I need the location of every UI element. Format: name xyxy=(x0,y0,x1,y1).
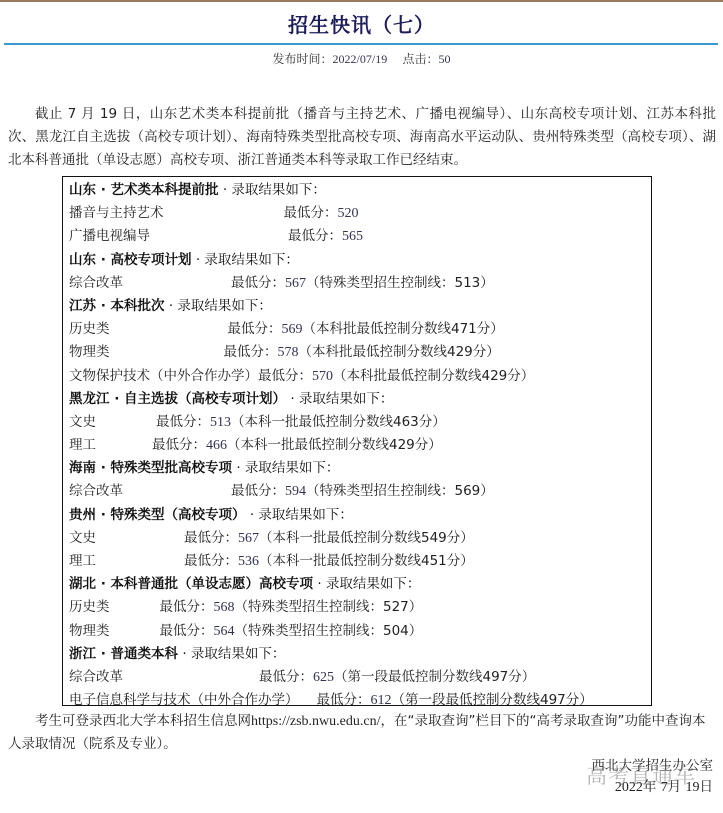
section-tail: · 录取结果如下： xyxy=(232,460,339,476)
min-score-value: 612 xyxy=(371,693,392,708)
major-label: 综合改革 xyxy=(69,666,123,689)
section-tail: · 录取结果如下： xyxy=(192,252,299,268)
control-line-note: （第一段最低控制分数线497分） xyxy=(392,692,593,708)
min-score-value: 565 xyxy=(342,229,363,244)
intro-paragraph: 截止 7 月 19 日，山东艺术类本科提前批（播音与主持艺术、广播电视编导）、山… xyxy=(8,103,716,172)
control-line-note: （本科一批最低控制分数线429分） xyxy=(227,437,442,453)
result-section-heading: 湖北 · 本科普通批（单设志愿）高校专项 · 录取结果如下： xyxy=(69,573,651,596)
result-row: 综合改革最低分：625（第一段最低控制分数线497分） xyxy=(69,666,651,689)
section-title: 贵州 · 特殊类型（高校专项） xyxy=(69,507,246,523)
section-tail: · 录取结果如下： xyxy=(219,182,326,198)
min-score-label: 最低分： xyxy=(156,414,210,430)
section-title: 黑龙江 · 自主选拔（高校专项计划） xyxy=(69,391,286,407)
result-row: 文物保护技术（中外合作办学）最低分：570（本科批最低控制分数线429分） xyxy=(69,365,651,388)
result-row: 文史最低分：513（本科一批最低控制分数线463分） xyxy=(69,411,651,434)
section-tail: · 录取结果如下： xyxy=(313,576,420,592)
min-score-label: 最低分： xyxy=(160,623,214,639)
major-label: 综合改革 xyxy=(69,480,123,503)
major-label: 广播电视编导 xyxy=(69,225,150,248)
result-row: 文史最低分：567（本科一批最低控制分数线549分） xyxy=(69,527,651,550)
section-tail: · 录取结果如下： xyxy=(286,391,393,407)
min-score-value: 536 xyxy=(238,554,259,569)
section-title: 山东 · 高校专项计划 xyxy=(69,252,192,268)
major-label: 理工 xyxy=(69,550,96,573)
major-label: 文物保护技术（中外合作办学） xyxy=(69,365,258,388)
result-row: 电子信息科学与技术（中外合作办学）最低分：612（第一段最低控制分数线497分） xyxy=(69,689,651,712)
control-line-note: （本科批最低控制分数线429分） xyxy=(333,368,534,384)
min-score-value: 625 xyxy=(313,670,334,685)
result-section-heading: 贵州 · 特殊类型（高校专项） · 录取结果如下： xyxy=(69,504,651,527)
admission-site-link[interactable]: https://zsb.nwu.edu.cn/ xyxy=(251,714,381,729)
min-score-label: 最低分： xyxy=(224,344,278,360)
major-label: 电子信息科学与技术（中外合作办学） xyxy=(69,689,299,712)
major-label: 历史类 xyxy=(69,318,110,341)
control-line-note: （特殊类型招生控制线：527） xyxy=(235,599,423,615)
section-title: 海南 · 特殊类型批高校专项 xyxy=(69,460,232,476)
min-score-label: 最低分： xyxy=(231,483,285,499)
section-title: 山东 · 艺术类本科提前批 xyxy=(69,182,219,198)
min-score-value: 569 xyxy=(282,322,303,337)
min-score-label: 最低分： xyxy=(288,228,342,244)
control-line-note: （本科一批最低控制分数线451分） xyxy=(259,553,474,569)
result-section-heading: 山东 · 高校专项计划 · 录取结果如下： xyxy=(69,249,651,272)
major-label: 播音与主持艺术 xyxy=(69,202,164,225)
major-label: 历史类 xyxy=(69,596,110,619)
result-row: 理工最低分：466（本科一批最低控制分数线429分） xyxy=(69,434,651,457)
result-section-heading: 黑龙江 · 自主选拔（高校专项计划） · 录取结果如下： xyxy=(69,388,651,411)
title-divider xyxy=(4,43,718,45)
control-line-note: （本科一批最低控制分数线549分） xyxy=(259,530,474,546)
min-score-label: 最低分： xyxy=(184,553,238,569)
control-line-note: （特殊类型招生控制线：504） xyxy=(235,623,423,639)
min-score-value: 594 xyxy=(285,484,306,499)
section-tail: · 录取结果如下： xyxy=(178,646,285,662)
control-line-note: （本科一批最低控制分数线463分） xyxy=(231,414,446,430)
min-score-value: 568 xyxy=(214,600,235,615)
min-score-label: 最低分： xyxy=(228,321,282,337)
result-row: 广播电视编导最低分：565 xyxy=(69,225,651,248)
section-title: 湖北 · 本科普通批（单设志愿）高校专项 xyxy=(69,576,313,592)
major-label: 文史 xyxy=(69,527,96,550)
min-score-label: 最低分： xyxy=(258,368,312,384)
min-score-label: 最低分： xyxy=(259,669,313,685)
result-row: 历史类最低分：568（特殊类型招生控制线：527） xyxy=(69,596,651,619)
min-score-value: 520 xyxy=(338,206,359,221)
min-score-label: 最低分： xyxy=(160,599,214,615)
signature-block: 西北大学招生办公室 2022年 7月 19日 xyxy=(592,756,714,798)
result-section-heading: 浙江 · 普通类本科 · 录取结果如下： xyxy=(69,643,651,666)
article-meta: 发布时间：2022/07/19 点击：50 xyxy=(0,50,723,67)
control-line-note: （本科批最低控制分数线429分） xyxy=(299,344,500,360)
section-tail: · 录取结果如下： xyxy=(246,507,353,523)
result-row: 综合改革最低分：594（特殊类型招生控制线：569） xyxy=(69,480,651,503)
result-section-heading: 江苏 · 本科批次 · 录取结果如下： xyxy=(69,295,651,318)
min-score-value: 567 xyxy=(238,531,259,546)
footer-paragraph: 考生可登录西北大学本科招生信息网https://zsb.nwu.edu.cn/，… xyxy=(8,710,716,756)
click-count: 50 xyxy=(438,52,450,66)
footer-text-before: 考生可登录西北大学本科招生信息网 xyxy=(35,713,251,729)
min-score-label: 最低分： xyxy=(317,692,371,708)
result-row: 物理类最低分：578（本科批最低控制分数线429分） xyxy=(69,341,651,364)
clicks-label: 点击： xyxy=(402,52,438,66)
min-score-label: 最低分： xyxy=(231,275,285,291)
result-section-heading: 海南 · 特殊类型批高校专项 · 录取结果如下： xyxy=(69,457,651,480)
result-row: 综合改革最低分：567（特殊类型招生控制线：513） xyxy=(69,272,651,295)
admission-results-box: 山东 · 艺术类本科提前批 · 录取结果如下：播音与主持艺术最低分：520广播电… xyxy=(62,176,652,706)
major-label: 文史 xyxy=(69,411,96,434)
section-title: 江苏 · 本科批次 xyxy=(69,298,165,314)
major-label: 综合改革 xyxy=(69,272,123,295)
signature-date: 2022年 7月 19日 xyxy=(592,777,714,798)
min-score-value: 466 xyxy=(206,438,227,453)
control-line-note: （特殊类型招生控制线：569） xyxy=(306,483,494,499)
section-title: 浙江 · 普通类本科 xyxy=(69,646,178,662)
result-row: 理工最低分：536（本科一批最低控制分数线451分） xyxy=(69,550,651,573)
major-label: 物理类 xyxy=(69,620,110,643)
min-score-label: 最低分： xyxy=(152,437,206,453)
min-score-label: 最低分： xyxy=(184,530,238,546)
result-row: 物理类最低分：564（特殊类型招生控制线：504） xyxy=(69,620,651,643)
control-line-note: （本科批最低控制分数线471分） xyxy=(303,321,504,337)
control-line-note: （特殊类型招生控制线：513） xyxy=(306,275,494,291)
min-score-value: 564 xyxy=(214,624,235,639)
published-date: 2022/07/19 xyxy=(333,52,388,66)
top-border xyxy=(0,0,723,2)
signature-org: 西北大学招生办公室 xyxy=(592,756,714,777)
control-line-note: （第一段最低控制分数线497分） xyxy=(334,669,535,685)
min-score-value: 578 xyxy=(278,345,299,360)
result-row: 播音与主持艺术最低分：520 xyxy=(69,202,651,225)
min-score-value: 570 xyxy=(312,369,333,384)
published-label: 发布时间： xyxy=(273,52,333,66)
result-section-heading: 山东 · 艺术类本科提前批 · 录取结果如下： xyxy=(69,179,651,202)
major-label: 理工 xyxy=(69,434,96,457)
section-tail: · 录取结果如下： xyxy=(165,298,272,314)
result-row: 历史类最低分：569（本科批最低控制分数线471分） xyxy=(69,318,651,341)
page-title: 招生快讯（七） xyxy=(0,9,723,38)
min-score-value: 567 xyxy=(285,276,306,291)
major-label: 物理类 xyxy=(69,341,110,364)
min-score-label: 最低分： xyxy=(284,205,338,221)
min-score-value: 513 xyxy=(210,415,231,430)
